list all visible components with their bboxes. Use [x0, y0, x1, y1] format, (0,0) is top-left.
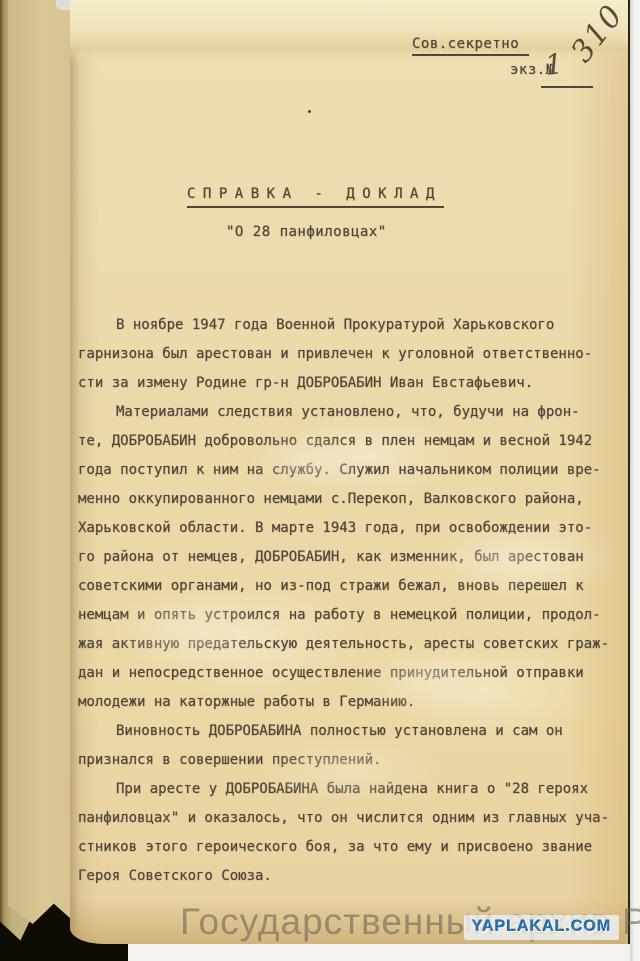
document-line: сти за измену Родине гр-н ДОБРОБАБИН Ива… — [78, 369, 618, 398]
document-line: гарнизона был арестован и привлечен к уг… — [78, 340, 618, 369]
document-line: панфиловцах" и оказалось, что он числитс… — [78, 804, 618, 833]
document-line: жая активную предательскую деятельность,… — [78, 630, 618, 659]
site-watermark: YAPLAKAL.COM — [464, 915, 619, 940]
document-title: СПРАВКА - ДОКЛАД — [187, 186, 444, 208]
document-line: дан и непосредственное осуществление при… — [78, 659, 618, 688]
document-line: молодежи на каторжные работы в Германию. — [78, 688, 618, 717]
document-line: немцам и опять устроился на работу в нем… — [78, 601, 618, 630]
copy-number-underline — [541, 86, 593, 88]
document-line: Героя Советского Союза. — [78, 862, 618, 891]
document-body: В ноябре 1947 года Военной Прокуратурой … — [78, 311, 618, 891]
document-line: признался в совершении преступлений. — [78, 746, 618, 775]
document-line: менно оккупированного немцами с.Перекоп,… — [78, 485, 618, 514]
document-line: При аресте у ДОБРОБАБИНА была найдена кн… — [78, 775, 618, 804]
document-line: года поступил к ним на службу. Служил на… — [78, 456, 618, 485]
paper-speck — [308, 110, 311, 113]
document-line: В ноябре 1947 года Военной Прокуратурой … — [78, 311, 618, 340]
document-line: Материалами следствия установлено, что, … — [78, 398, 618, 427]
document-subtitle: "О 28 панфиловцах" — [226, 224, 387, 240]
document-line: советскими органами, но из-под стражи бе… — [78, 572, 618, 601]
document-line: Виновность ДОБРОБАБИНА полностью установ… — [78, 717, 618, 746]
document-line: го района от немцев, ДОБРОБАБИН, как изм… — [78, 543, 618, 572]
document-line: те, ДОБРОБАБИН добровольно сдался в плен… — [78, 427, 618, 456]
secrecy-label: Сов.секретно — [412, 36, 529, 56]
document-line: Харьковской области. В марте 1943 года, … — [78, 514, 618, 543]
scan-bed-right-strip — [630, 0, 640, 961]
document-line: стников этого героического боя, за что е… — [78, 833, 618, 862]
handwritten-copy-number: 1 — [543, 47, 564, 82]
